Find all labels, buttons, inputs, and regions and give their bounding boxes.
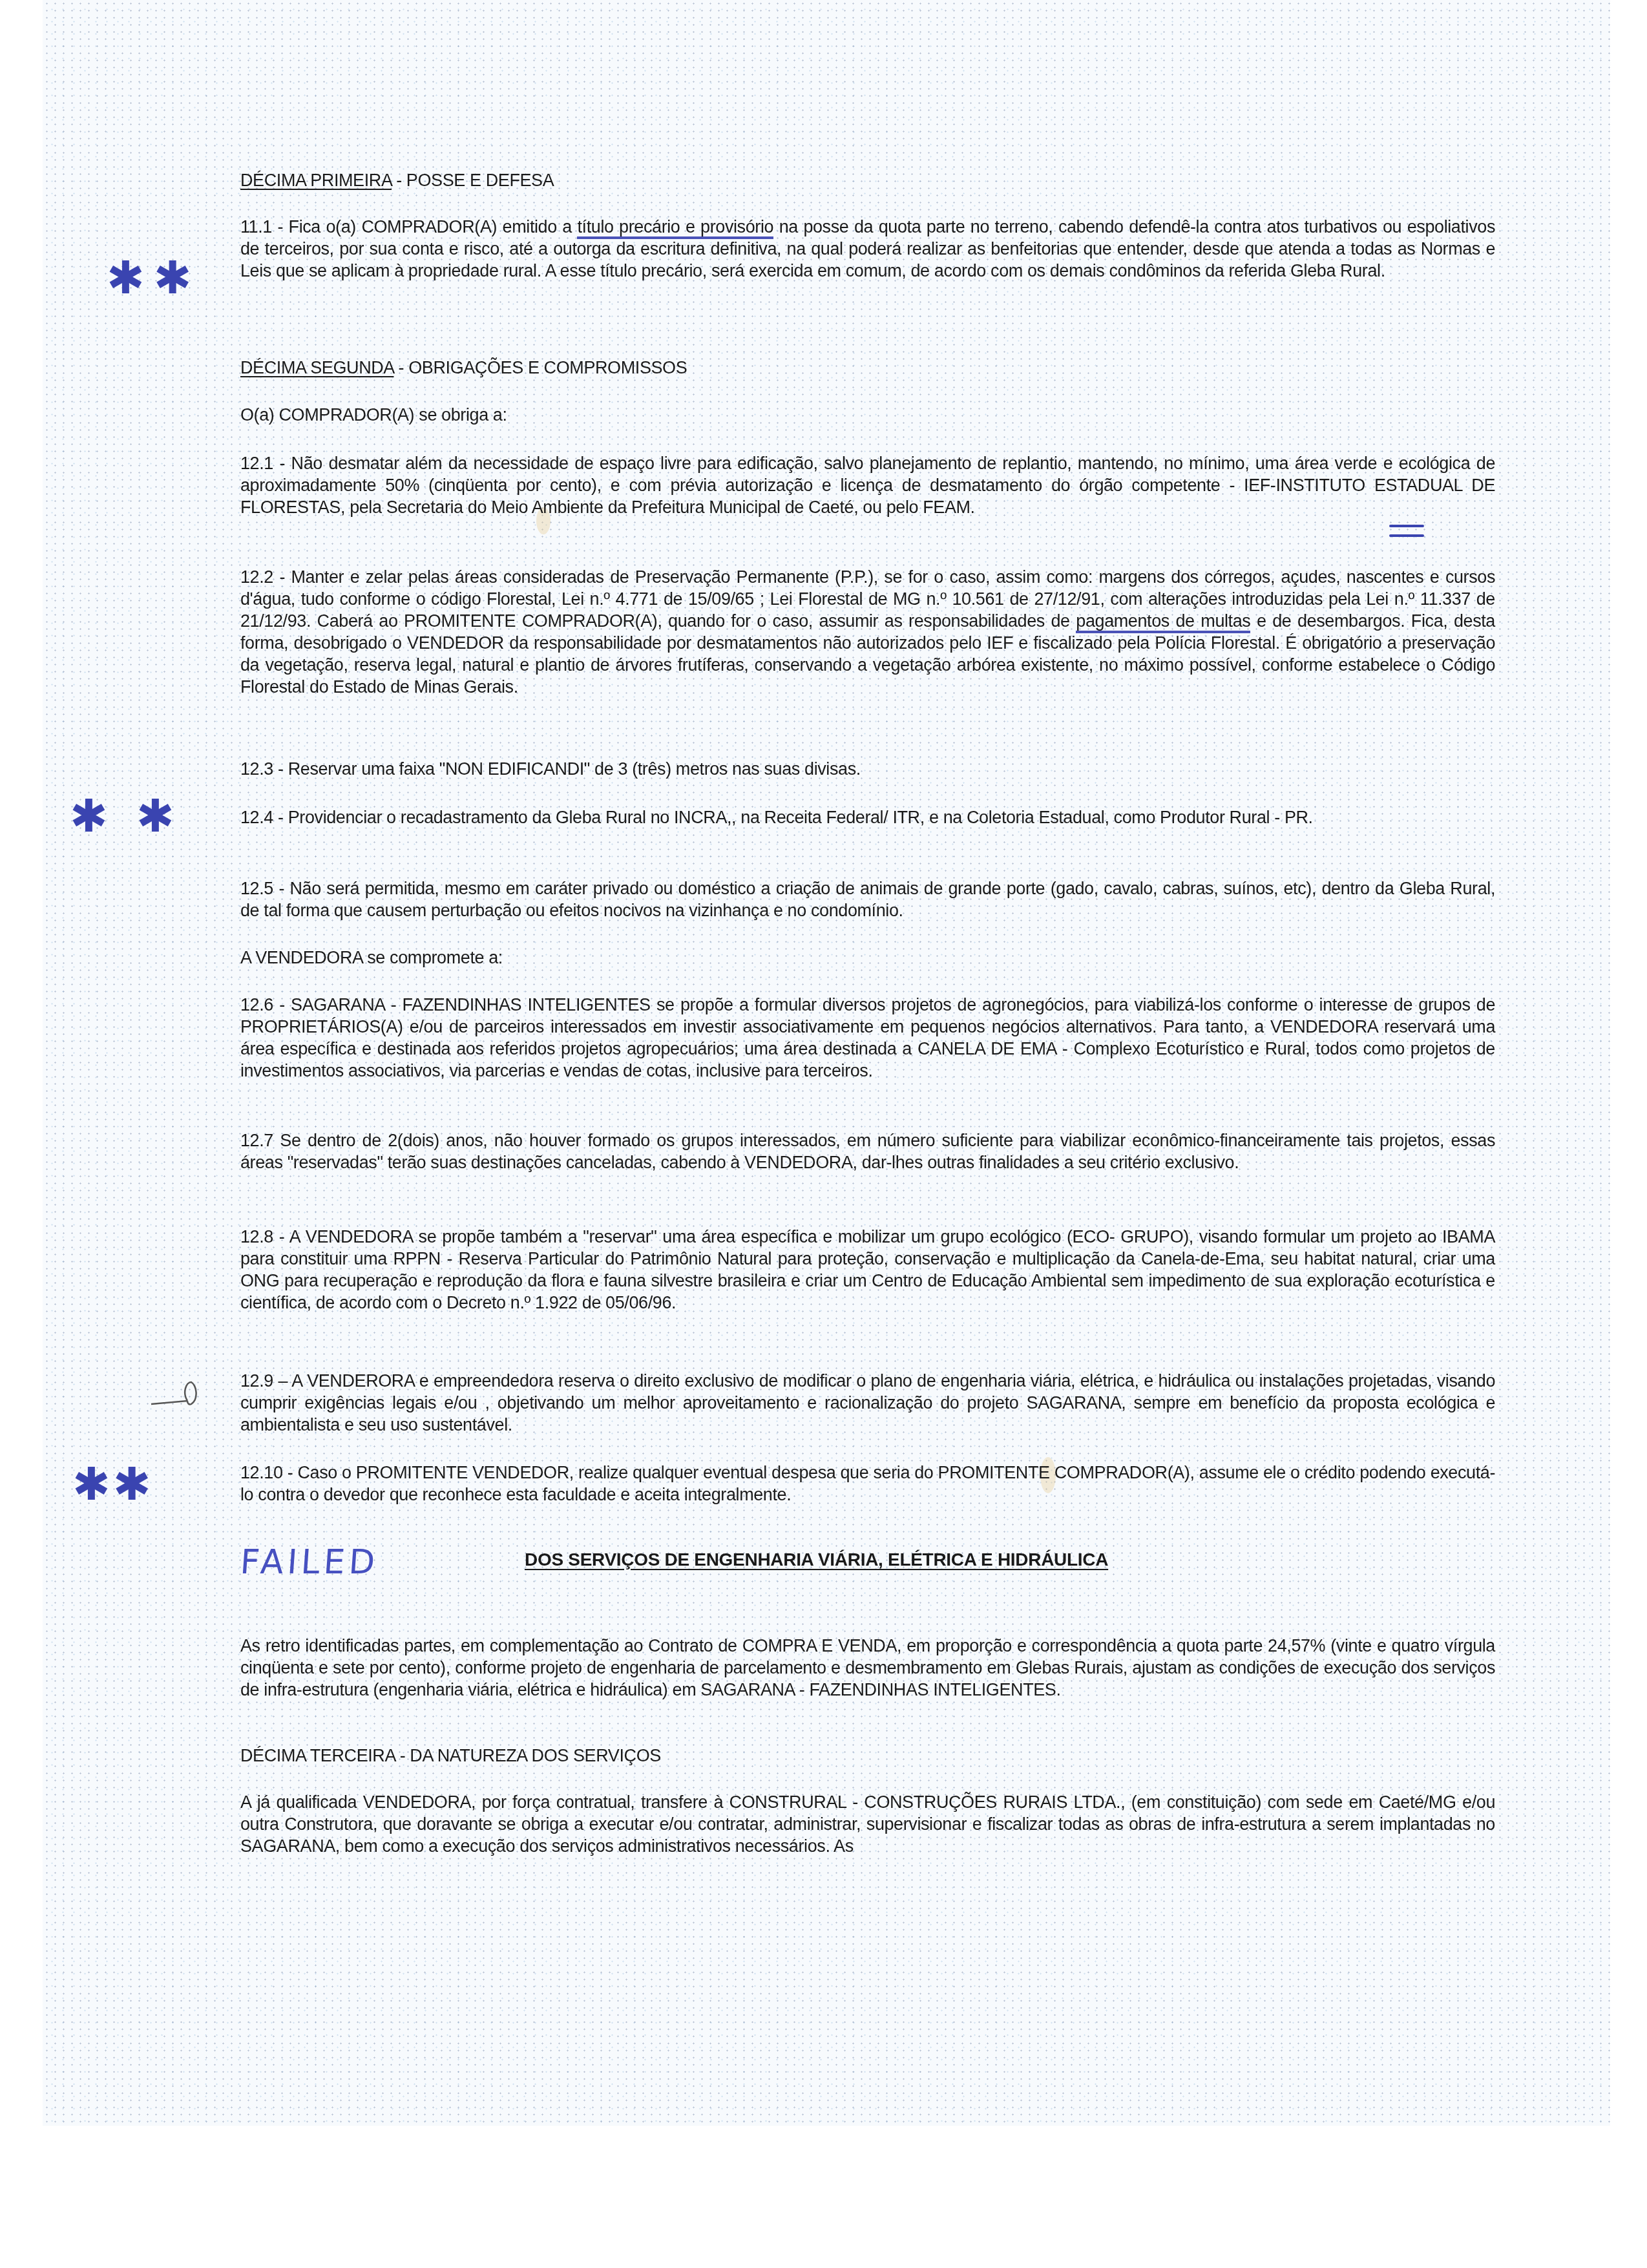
pen-underlined-phrase: pagamentos de multas — [1076, 611, 1250, 633]
clause-12-1: 12.1 - Não desmatar além da necessidade … — [240, 452, 1495, 518]
clause-11-1: 11.1 - Fica o(a) COMPRADOR(A) emitido a … — [240, 216, 1495, 282]
pen-line — [1389, 534, 1424, 537]
asterisk-mark-11-1: ✱✱ — [107, 255, 200, 300]
section-heading-decima-segunda: DÉCIMA SEGUNDA - OBRIGAÇÕES E COMPROMISS… — [240, 357, 1495, 379]
pen-line — [1389, 525, 1424, 527]
section-heading-decima-primeira: DÉCIMA PRIMEIRA - POSSE E DEFESA — [240, 169, 1495, 191]
asterisk-mark-12-10: ✱✱ — [72, 1462, 153, 1507]
servicos-engenharia-paragraph: As retro identificadas partes, em comple… — [240, 1635, 1495, 1701]
asterisk-mark-12-4: ✱ ✱ — [70, 793, 181, 839]
heading-underlined-part: DÉCIMA SEGUNDA — [240, 358, 393, 377]
clause-12-7: 12.7 Se dentro de 2(dois) anos, não houv… — [240, 1129, 1495, 1173]
clause-12-2: 12.2 - Manter e zelar pelas áreas consid… — [240, 566, 1495, 698]
heading-underlined-part: DÉCIMA PRIMEIRA — [240, 171, 392, 190]
double-underline-mark — [1389, 525, 1424, 540]
clause-12-10: 12.10 - Caso o PROMITENTE VENDEDOR, real… — [240, 1462, 1495, 1506]
clause-text: 11.1 - Fica o(a) COMPRADOR(A) emitido a — [240, 217, 577, 236]
clause-12-5: 12.5 - Não será permitida, mesmo em cará… — [240, 877, 1495, 921]
heading-rest: - POSSE E DEFESA — [392, 171, 554, 190]
clause-12-8: 12.8 - A VENDEDORA se propõe também a "r… — [240, 1226, 1495, 1314]
clause-text: , ou pelo FEAM. — [854, 498, 975, 517]
heading-rest: - OBRIGAÇÕES E COMPROMISSOS — [393, 358, 687, 377]
section-heading-decima-terceira: DÉCIMA TERCEIRA - DA NATUREZA DOS SERVIÇ… — [240, 1745, 1495, 1767]
clause-12-9: 12.9 – A VENDERORA e empreendedora reser… — [240, 1370, 1495, 1436]
clause-12-6: 12.6 - SAGARANA - FAZENDINHAS INTELIGENT… — [240, 994, 1495, 1082]
clause-12-3: 12.3 - Reservar uma faixa "NON EDIFICAND… — [240, 758, 1495, 780]
pen-underlined-phrase: título precário e provisório — [577, 217, 773, 239]
pencil-loop-mark — [150, 1380, 202, 1412]
pen-marked-word: Caeté — [808, 498, 854, 517]
section-heading-servicos-engenharia: DOS SERVIÇOS DE ENGENHARIA VIÁRIA, ELÉTR… — [525, 1549, 1108, 1570]
intro-vendedora: A VENDEDORA se compromete a: — [240, 947, 1495, 969]
clause-13-paragraph: A já qualificada VENDEDORA, por força co… — [240, 1791, 1495, 1857]
failed-handwritten-label: FAILED — [239, 1543, 380, 1582]
clause-12-4: 12.4 - Providenciar o recadastramento da… — [240, 806, 1495, 828]
intro-comprador: O(a) COMPRADOR(A) se obriga a: — [240, 404, 1495, 426]
